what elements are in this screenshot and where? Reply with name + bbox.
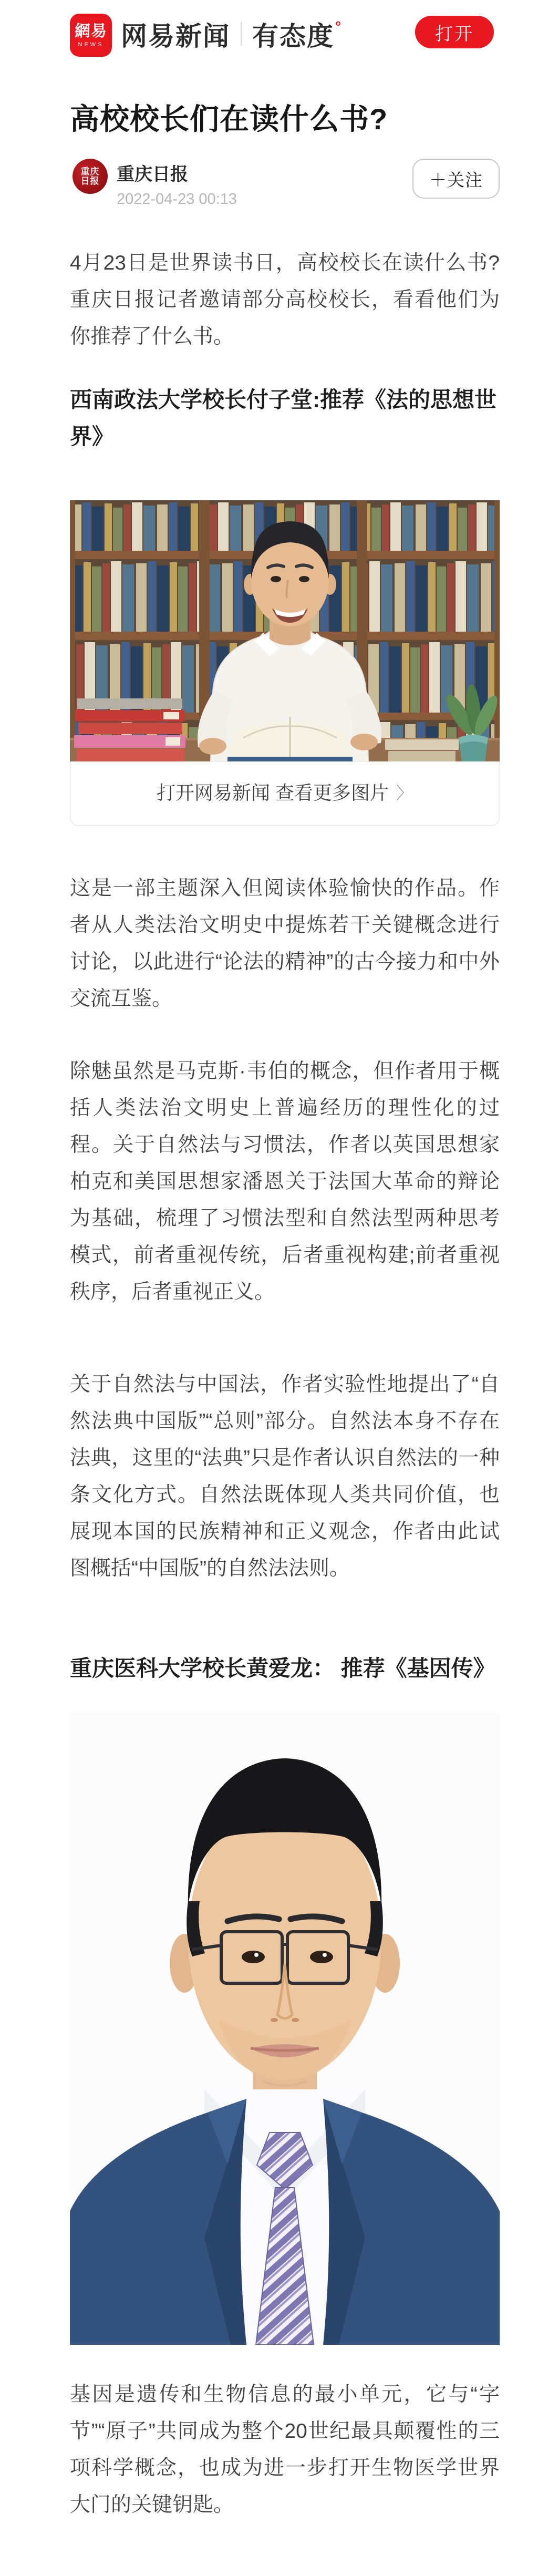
caption-text: 打开网易新闻 查看更多图片 [157,778,389,805]
netease-wordmark: 网易新闻 有态度° [121,0,342,68]
figure-fuzitang: 打开网易新闻 查看更多图片 〉 [70,500,500,826]
chevron-right-icon: 〉 [396,780,413,804]
photo-huangailong-portrait[interactable] [70,1712,500,2345]
wordmark-news-text: 网易新闻 [121,15,230,53]
intro-paragraph: 4月23日是世界读书日，高校校长在读什么书?重庆日报记者邀请部分高校校长，看看他… [70,245,500,355]
article-title: 高校校长们在读什么书? [70,102,500,137]
section2-heading: 重庆医科大学校长黄爱龙： 推荐《基因传》 [70,1650,500,1687]
paragraph-4: 关于自然法与中国法，作者实验性地提出了“自然法典中国版”“总则”部分。自然法本身… [70,1366,500,1587]
netease-logo-icon[interactable]: 網易 NEWS [70,14,112,57]
app-header: 網易 NEWS 网易新闻 有态度° 打开 [0,0,538,68]
open-app-caption-bar[interactable]: 打开网易新闻 查看更多图片 〉 [70,761,500,826]
formal-portrait-illustration [70,1712,500,2345]
publisher-name[interactable]: 重庆日报 [117,160,237,186]
photo-fuzitang-bookshelf[interactable] [70,500,500,761]
source-row: 重庆 日报 重庆日报 2022-04-23 00:13 ＋关注 [70,159,500,206]
wordmark-slogan-text: 有态度° [252,15,342,53]
figure-huangailong [70,1712,500,2345]
slogan-degree-icon: ° [335,18,342,35]
bookshelf-portrait-illustration [70,500,500,761]
foreground-book-stack [74,698,185,761]
wordmark-divider [241,22,242,46]
follow-button[interactable]: ＋关注 [412,159,500,199]
section1-heading: 西南政法大学校长付子堂:推荐《法的思想世界》 [70,382,500,455]
paragraph-2: 这是一部主题深入但阅读体验愉快的作品。作者从人类法治文明史中提炼若干关键概念进行… [70,870,500,1017]
article-body: 高校校长们在读什么书? 重庆 日报 重庆日报 2022-04-23 00:13 … [0,102,538,2537]
avatar-chars-bottom: 日报 [81,177,100,186]
netease-news-article-page: 網易 NEWS 网易新闻 有态度° 打开 高校校长们在读什么书? 重庆 日报 重… [0,0,538,2576]
open-app-button[interactable]: 打开 [415,16,494,48]
paragraph-3: 除魅虽然是马克斯·韦伯的概念，但作者用于概括人类法治文明史上普遍经历的理性化的过… [70,1053,500,1311]
avatar-chars-top: 重庆 [81,167,100,177]
publisher-meta: 重庆日报 2022-04-23 00:13 [117,160,237,208]
netease-logo-chars: 網易 [75,23,107,40]
publisher-avatar[interactable]: 重庆 日报 [73,159,108,194]
netease-logo-news: NEWS [78,42,104,48]
publish-datetime: 2022-04-23 00:13 [117,191,237,208]
paragraph-5: 基因是遗传和生物信息的最小单元，它与“字节”“原子”共同成为整个20世纪最具颠覆… [70,2376,500,2523]
